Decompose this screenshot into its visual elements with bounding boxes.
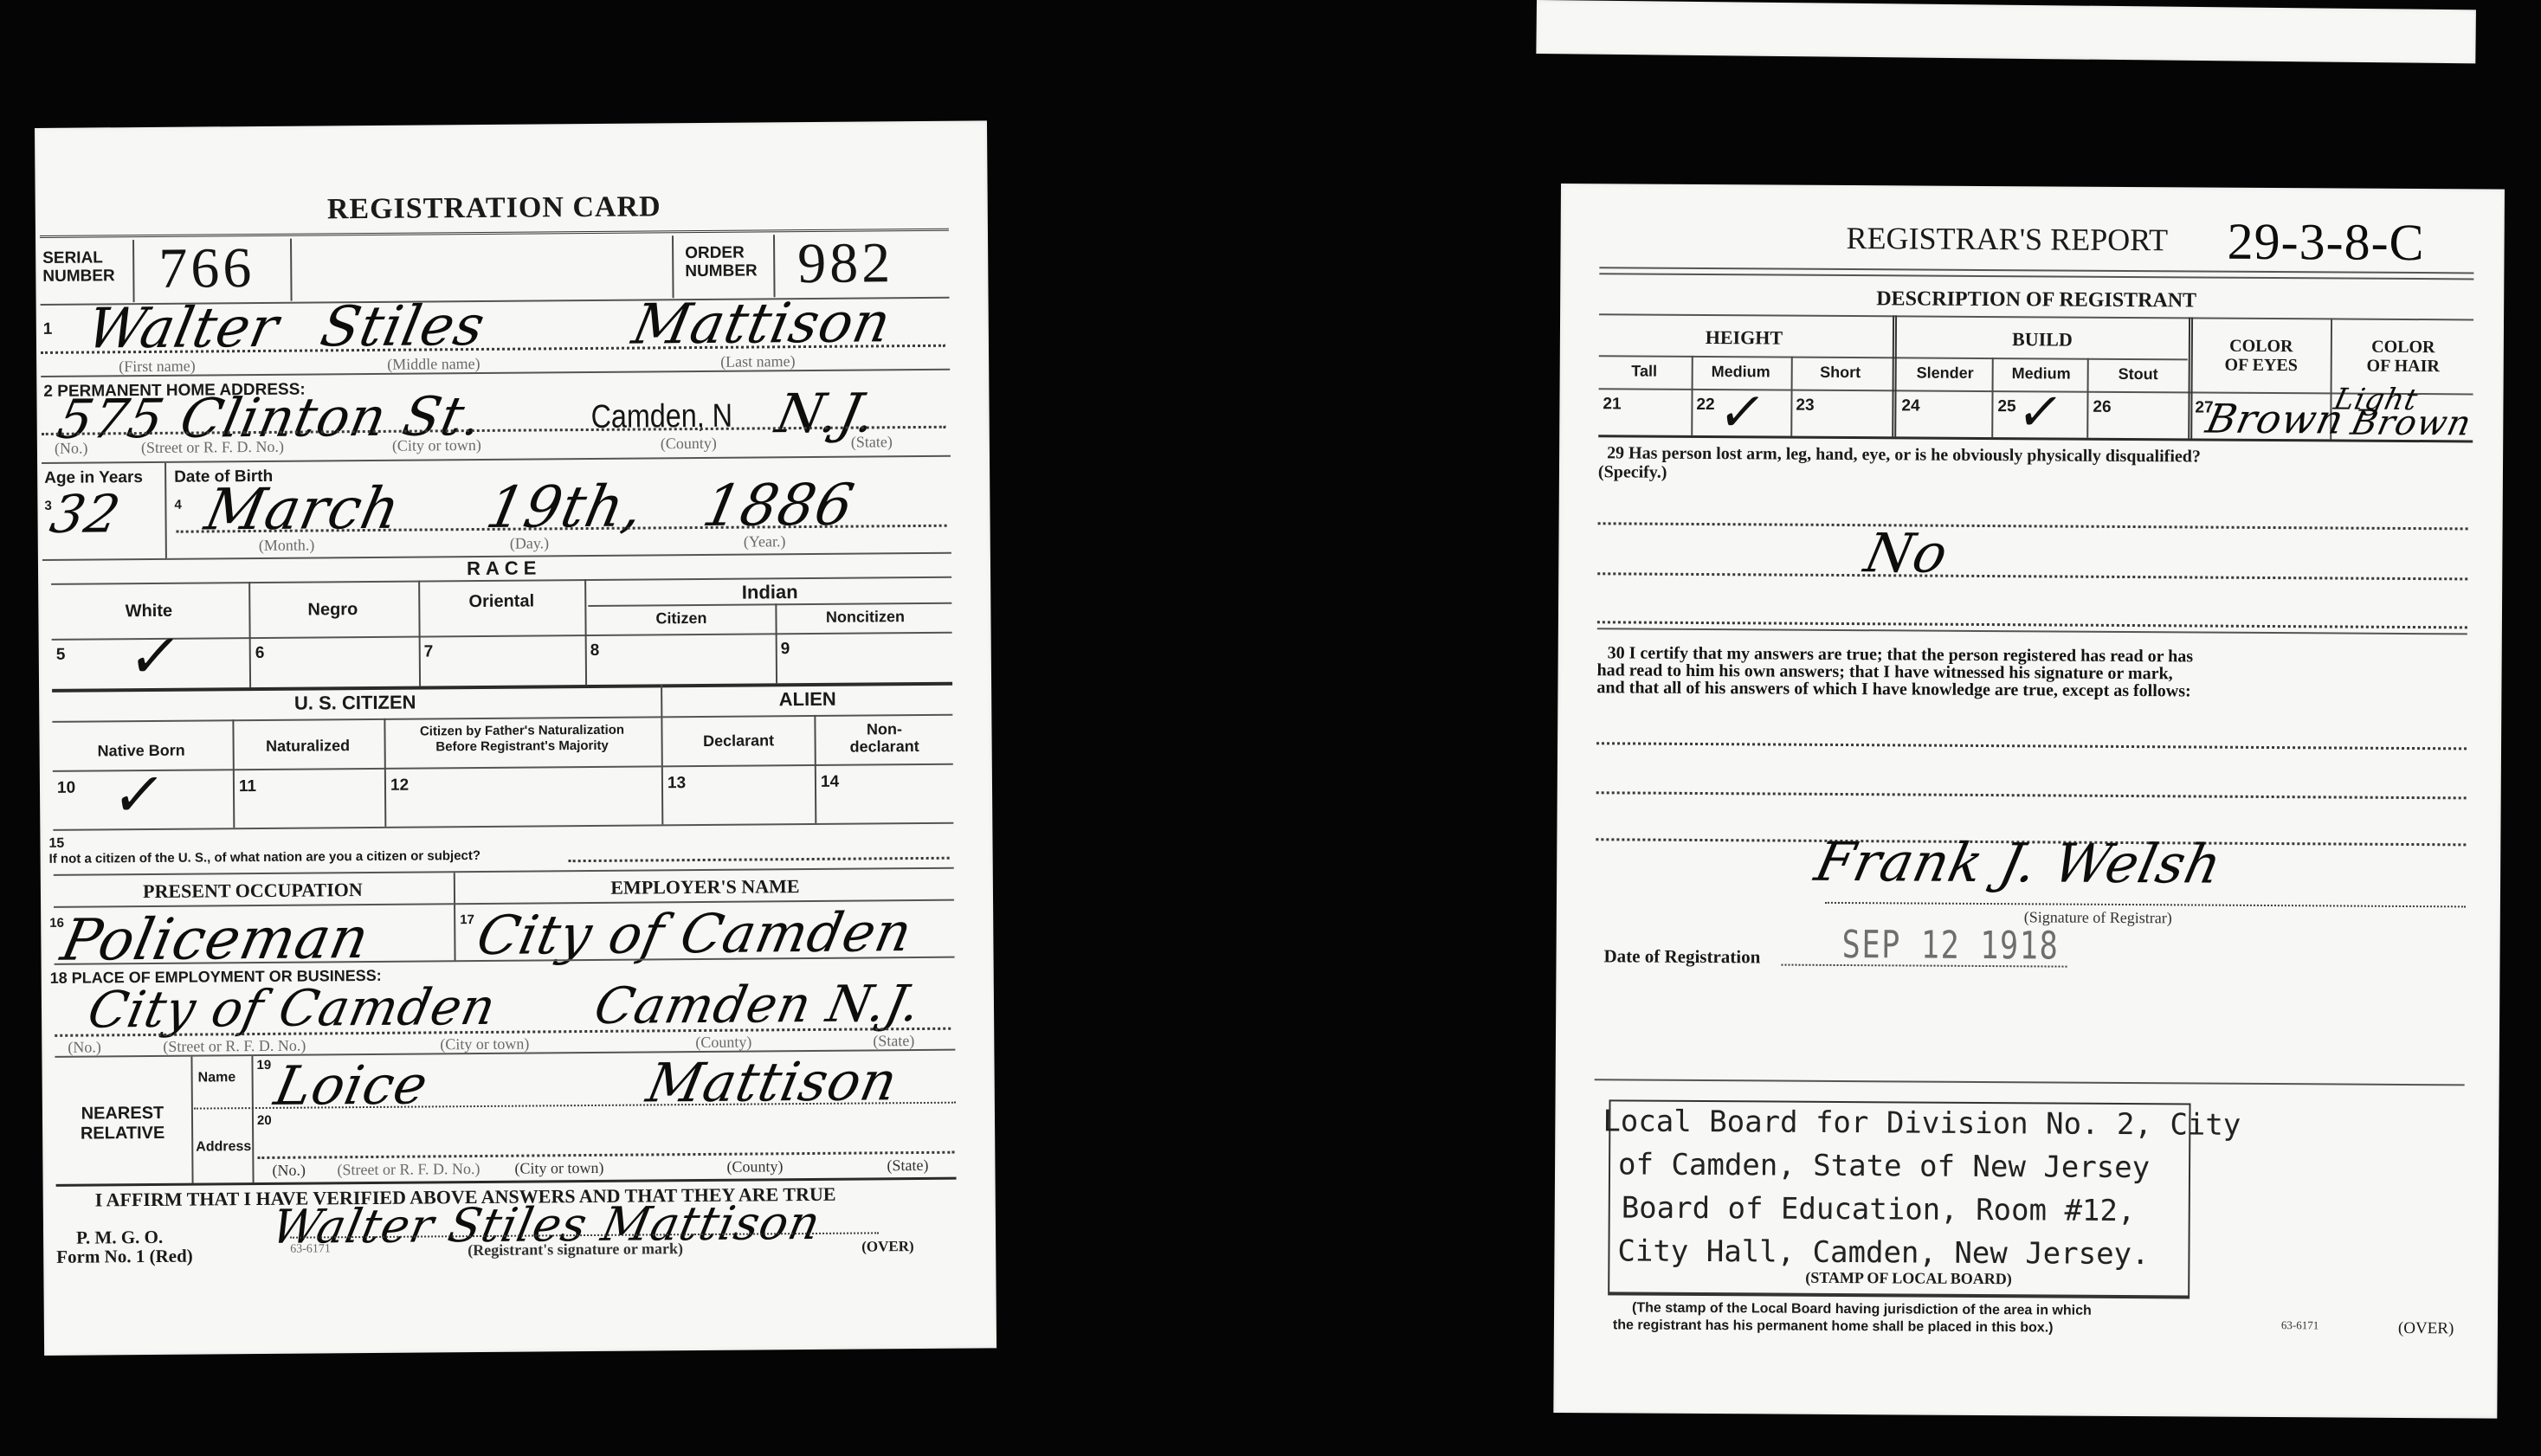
employment-place-city: Camden N.J. (590, 974, 926, 1035)
report-title: REGISTRAR'S REPORT (1846, 220, 2168, 258)
order-divider (672, 235, 674, 298)
serial-number-value: 766 (158, 235, 255, 302)
relative-address-line (257, 1151, 954, 1159)
cit-native-born: Native Born (53, 741, 230, 761)
height-short: Short (1792, 364, 1889, 383)
cit-num-14: 14 (821, 773, 839, 792)
order-divider-2 (773, 235, 776, 297)
num-22: 22 (1696, 396, 1714, 415)
q29-line-2 (1597, 572, 2467, 580)
registration-card: REGISTRATION CARD SERIAL NUMBER 766 ORDE… (35, 120, 996, 1356)
dob-day: 19th, (481, 473, 650, 541)
race-indian: Indian (588, 580, 951, 605)
rel-caption-county: (County) (726, 1157, 783, 1176)
rel-caption-state: (State) (887, 1156, 928, 1175)
race-white: White (51, 601, 246, 622)
race-indian-noncitizen: Noncitizen (778, 608, 951, 628)
signature-caption: (Registrant's signature or mark) (468, 1240, 683, 1260)
race-col-1 (248, 582, 251, 687)
race-num-9: 9 (781, 640, 790, 659)
dob-caption-month: (Month.) (259, 536, 315, 555)
card-title: REGISTRATION CARD (313, 190, 676, 226)
description-rule (1599, 313, 2473, 320)
stamp-footnote-2: the registrant has his permanent home sh… (1613, 1317, 2054, 1336)
cit-by-father: Citizen by Father's Naturalization Befor… (385, 722, 658, 755)
tbl-col-6 (2188, 317, 2193, 438)
num-25: 25 (1997, 397, 2015, 416)
height-title: HEIGHT (1599, 325, 1889, 350)
alien-title: ALIEN (662, 687, 952, 712)
date-of-registration-label: Date of Registration (1603, 945, 1760, 968)
registrar-report-card: REGISTRAR'S REPORT 29-3-8-C DESCRIPTION … (1553, 184, 2505, 1419)
native-born-checkmark: ✓ (107, 759, 170, 831)
local-board-stamp-text: Local Board for Division No. 2, City of … (1602, 1099, 2241, 1276)
address-caption-city: (City or town) (392, 436, 481, 455)
build-slender: Slender (1898, 364, 1993, 383)
us-citizen-title: U. S. CITIZEN (52, 689, 658, 716)
registrar-signature-line (1825, 902, 2466, 908)
report-over-label: (OVER) (2398, 1319, 2454, 1338)
emp-caption-county: (County) (695, 1034, 751, 1053)
citizen-bottom-rule (53, 822, 953, 831)
race-col-4 (775, 603, 777, 683)
emp-caption-street: (Street or R. F. D. No.) (163, 1037, 306, 1056)
dob-caption-year: (Year.) (744, 532, 786, 551)
relative-divider-2 (251, 1056, 254, 1182)
last-name-caption: (Last name) (720, 352, 796, 371)
cit-naturalized: Naturalized (235, 737, 382, 756)
form-code: 63-6171 (290, 1242, 331, 1256)
build-title: BUILD (1896, 327, 2189, 351)
address-caption-street: (Street or R. F. D. No.) (141, 438, 284, 457)
build-stout: Stout (2090, 365, 2187, 384)
dob-year: 1886 (698, 472, 861, 539)
race-header-rule (52, 632, 952, 641)
cit-num-10: 10 (57, 779, 75, 798)
middle-name-caption: (Middle name) (387, 355, 480, 374)
race-num-8: 8 (590, 641, 600, 660)
height-tall: Tall (1599, 362, 1690, 381)
stamp-caption: (STAMP OF LOCAL BOARD) (1805, 1269, 2012, 1288)
race-num-6: 6 (255, 644, 265, 663)
dob-month: March (200, 475, 407, 544)
tbl-col-4 (1991, 358, 1994, 437)
serial-divider (132, 240, 135, 302)
q15-text: If not a citizen of the U. S., of what n… (49, 848, 481, 867)
employment-place-street: City of Camden (83, 977, 501, 1040)
race-negro: Negro (250, 600, 415, 621)
occupation-label: PRESENT OCCUPATION (54, 878, 452, 904)
stamp-footnote-1: (The stamp of the Local Board having jur… (1632, 1301, 2092, 1319)
nearest-relative-label: NEAREST RELATIVE (55, 1104, 190, 1144)
num-24: 24 (1901, 396, 1919, 416)
race-white-checkmark: ✓ (124, 621, 186, 693)
q15-line (569, 857, 950, 862)
cit-num-13: 13 (667, 774, 686, 793)
q1-number: 1 (43, 320, 53, 339)
age-divider (164, 463, 167, 558)
description-title: DESCRIPTION OF REGISTRANT (1599, 286, 2473, 314)
race-title: RACE (467, 557, 542, 580)
report-code: 29-3-8-C (2227, 212, 2424, 273)
dob-caption-day: (Day.) (510, 534, 549, 552)
form-number-label: Form No. 1 (Red) (56, 1246, 193, 1268)
tbl-col-3 (1892, 315, 1897, 436)
race-oriental: Oriental (419, 591, 584, 612)
address-caption-no: (No.) (55, 440, 88, 458)
address-caption-county: (County) (661, 435, 717, 454)
report-title-rule-2 (1599, 273, 2473, 280)
build-medium: Medium (1995, 364, 2088, 383)
race-col-3 (584, 579, 587, 685)
partial-card-top (1536, 0, 2476, 63)
relative-address-label: Address (196, 1139, 251, 1156)
registrar-signature: Frank J. Welsh (1809, 830, 2228, 896)
q30-text: 30 I certify that my answers are true; t… (1596, 644, 2471, 701)
citizen-header-rule (53, 763, 953, 772)
q29-rule (1597, 628, 2467, 635)
serial-number-label: SERIAL NUMBER (42, 248, 115, 286)
num-23: 23 (1796, 396, 1814, 416)
alien-non-declarant: Non- declarant (816, 720, 952, 756)
rel-caption-street: (Street or R. F. D. No.) (337, 1160, 480, 1179)
race-indian-citizen: Citizen (588, 609, 774, 628)
eyes-title: COLOR OF EYES (2192, 336, 2331, 375)
report-form-code: 63-6171 (2281, 1318, 2319, 1332)
q17-number: 17 (460, 912, 474, 927)
hair-title: COLOR OF HAIR (2334, 337, 2473, 376)
race-num-5: 5 (56, 646, 66, 665)
emp-caption-city: (City or town) (440, 1035, 529, 1054)
rel-caption-city: (City or town) (514, 1159, 603, 1178)
hair-color-brown: Brown (2347, 403, 2475, 444)
q29-specify: (Specify.) (1598, 462, 1667, 482)
relative-name-label: Name (198, 1070, 236, 1086)
q3-number: 3 (44, 499, 51, 513)
age-value: 32 (45, 484, 126, 545)
q19-number: 19 (256, 1058, 271, 1073)
rel-caption-no: (No.) (272, 1162, 306, 1180)
q15-number: 15 (48, 836, 64, 852)
cit-col-1 (232, 719, 235, 828)
q20-number: 20 (257, 1113, 272, 1128)
order-number-label: ORDER NUMBER (685, 243, 758, 280)
num-21: 21 (1603, 395, 1621, 414)
order-number-value: 982 (797, 230, 894, 297)
emp-caption-no: (No.) (68, 1038, 101, 1056)
tbl-col-2 (1790, 357, 1793, 436)
alien-declarant: Declarant (663, 731, 815, 751)
q30-line-1 (1596, 742, 2467, 750)
q29-text: 29 Has person lost arm, leg, hand, eye, … (1607, 443, 2201, 467)
over-label: (OVER) (861, 1238, 914, 1255)
height-medium: Medium (1693, 363, 1790, 382)
eye-color-value: Brown (2202, 396, 2348, 443)
q4-number: 4 (174, 498, 181, 512)
q30-line-2 (1596, 791, 2467, 799)
tbl-col-1 (1691, 356, 1693, 435)
date-of-registration-stamp: SEP 12 1918 (1841, 923, 2059, 969)
cit-num-12: 12 (390, 776, 409, 796)
q29-line-3 (1597, 621, 2467, 628)
q16-number: 16 (49, 916, 64, 931)
tbl-col-5 (2086, 358, 2089, 438)
first-name-caption: (First name) (119, 358, 196, 377)
race-num-7: 7 (424, 642, 434, 661)
num-26: 26 (2093, 398, 2111, 417)
relative-divider-1 (190, 1057, 193, 1183)
q29-line-1 (1598, 522, 2468, 530)
serial-divider-2 (290, 239, 293, 301)
emp-caption-state: (State) (873, 1032, 914, 1050)
employer-label: EMPLOYER'S NAME (456, 874, 954, 901)
stamp-top-rule (1595, 1079, 2465, 1086)
cit-num-11: 11 (239, 777, 256, 796)
address-caption-state: (State) (851, 433, 893, 451)
